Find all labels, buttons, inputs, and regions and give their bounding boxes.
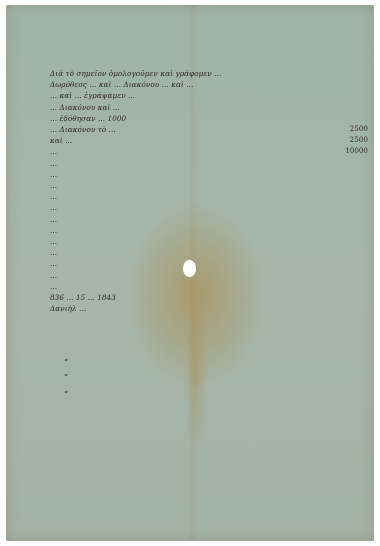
text-line: ... bbox=[50, 270, 368, 281]
manuscript-text: Διὰ τὸ σημεῖον ὁμολογοῦμεν καὶ γράφομεν … bbox=[50, 68, 368, 314]
text-line: ... bbox=[50, 225, 368, 236]
text-line: ... bbox=[50, 202, 368, 213]
text-line: ... bbox=[50, 180, 368, 191]
text-line: ... 10000 bbox=[50, 146, 368, 157]
amount-total: 10000 bbox=[345, 146, 368, 157]
text-line: Δωρόθεος ... καὶ ... Διακόνου ... καὶ ..… bbox=[50, 79, 368, 90]
ditto-mark: ” bbox=[64, 390, 68, 399]
amount: 2500 bbox=[350, 135, 368, 146]
text-line: ... bbox=[50, 158, 368, 169]
text-line: Διὰ τὸ σημεῖον ὁμολογοῦμεν καὶ γράφομεν … bbox=[50, 68, 368, 79]
text-line: ... bbox=[50, 214, 368, 225]
text-line: ... Διακόνου καὶ ... bbox=[50, 102, 368, 113]
text-line: ... Διακόνου τὸ ... 2500 bbox=[50, 124, 368, 135]
text-line: ... bbox=[50, 281, 368, 292]
text-line: ... bbox=[50, 169, 368, 180]
signature-line: Δανιὴλ ... bbox=[50, 303, 368, 314]
text-line: καὶ ... 2500 bbox=[50, 135, 368, 146]
text-line: ... bbox=[50, 236, 368, 247]
date-line: 836 ... 15 ... 1843 bbox=[50, 292, 368, 303]
text-line: ... καὶ ... ἐγράψαμεν ... bbox=[50, 90, 368, 101]
text-line: ... ἐδόθησαν ... 1000 bbox=[50, 113, 368, 124]
text-line: ... bbox=[50, 247, 368, 258]
text-line: ... bbox=[50, 258, 368, 269]
text-line: ... bbox=[50, 191, 368, 202]
amount: 2500 bbox=[350, 124, 368, 135]
ditto-mark: ” bbox=[64, 373, 68, 382]
ditto-mark: ” bbox=[64, 358, 68, 367]
